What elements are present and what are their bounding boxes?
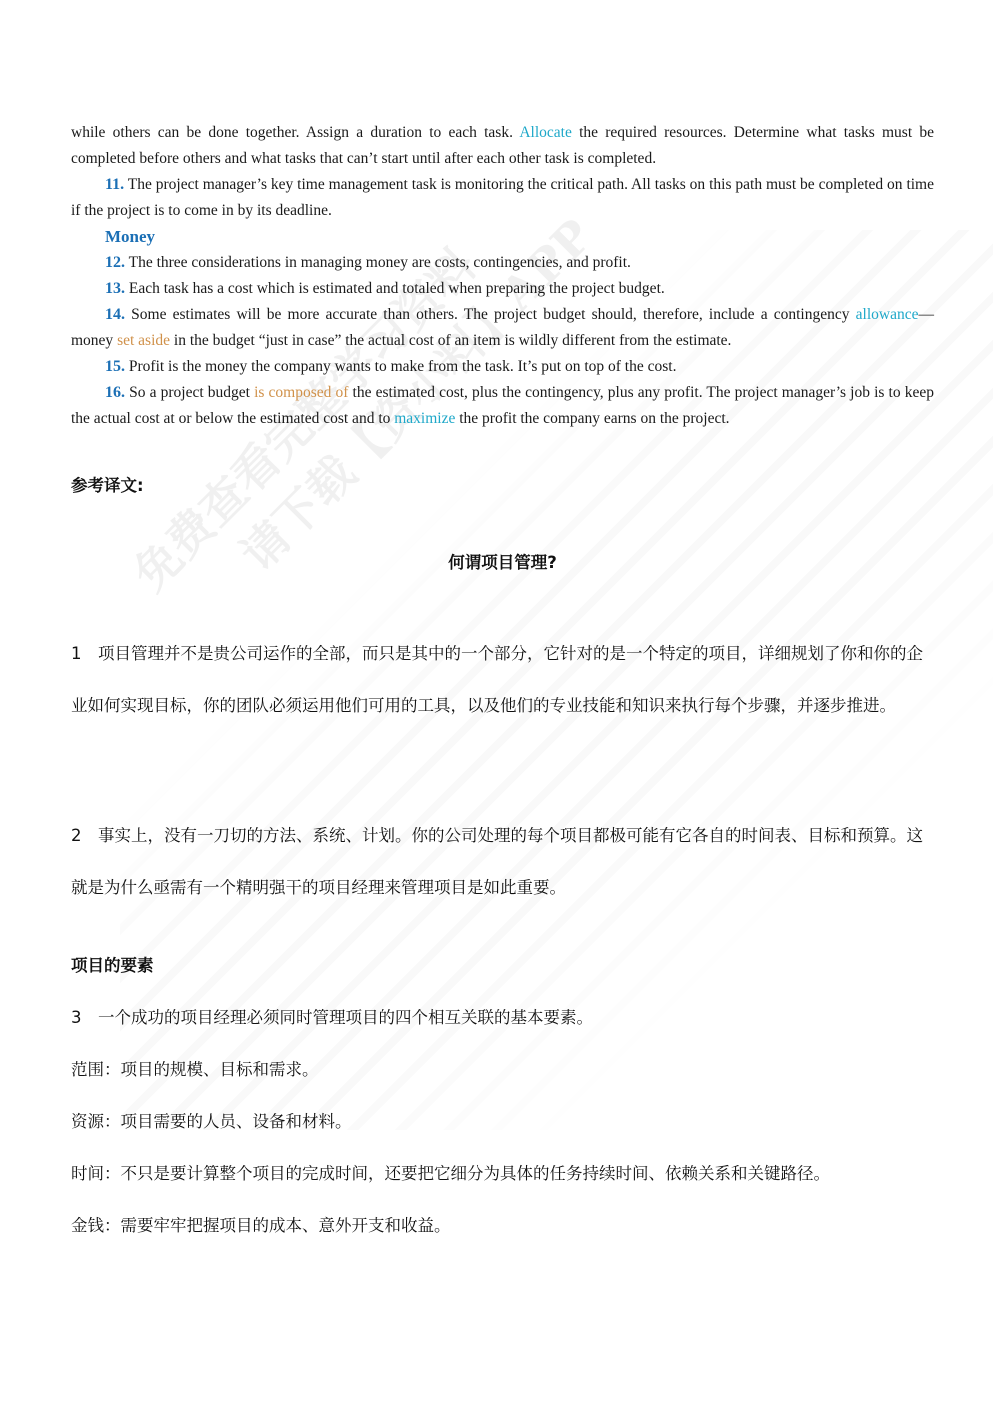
reference-translation-heading: 参考译文:	[71, 474, 934, 498]
paragraph-10-continued: while others can be done together. Assig…	[71, 120, 934, 172]
english-section: while others can be done together. Assig…	[71, 120, 934, 432]
translation-paragraph-3: 3 一个成功的项目经理必须同时管理项目的四个相互关联的基本要素。	[71, 1006, 934, 1030]
element-resources: 资源：项目需要的人员、设备和材料。	[71, 1110, 934, 1134]
paragraph-15: 15. Profit is the money the company want…	[71, 354, 934, 380]
keyword-maximize: maximize	[394, 410, 455, 427]
keyword-allowance: allowance	[856, 306, 919, 323]
translation-paragraph-1: 1 项目管理并不是贵公司运作的全部，而只是其中的一个部分，它针对的是一个特定的项…	[71, 628, 934, 732]
paragraph-number: 13.	[105, 280, 125, 297]
keyword-set-aside: set aside	[117, 332, 170, 349]
keyword-allocate: Allocate	[519, 124, 572, 141]
paragraph-number: 11.	[105, 176, 124, 193]
paragraph-number: 16.	[105, 384, 125, 401]
element-time: 时间：不只是要计算整个项目的完成时间，还要把它细分为具体的任务持续时间、依赖关系…	[71, 1162, 934, 1186]
paragraph-number: 15.	[105, 358, 125, 375]
paragraph-14: 14. Some estimates will be more accurate…	[71, 302, 934, 354]
paragraph-number: 14.	[105, 306, 125, 323]
translation-title: 何谓项目管理?	[71, 551, 934, 575]
section-heading-elements: 项目的要素	[71, 954, 934, 978]
paragraph-number: 12.	[105, 254, 125, 271]
subheading-money: Money	[105, 224, 934, 250]
paragraph-12: 12. The three considerations in managing…	[71, 250, 934, 276]
paragraph-13: 13. Each task has a cost which is estima…	[71, 276, 934, 302]
element-money: 金钱：需要牢牢把握项目的成本、意外开支和收益。	[71, 1214, 934, 1238]
keyword-is-composed-of: is composed of	[254, 384, 348, 401]
translation-paragraph-2: 2 事实上，没有一刀切的方法、系统、计划。你的公司处理的每个项目都极可能有它各自…	[71, 810, 934, 914]
element-scope: 范围：项目的规模、目标和需求。	[71, 1058, 934, 1082]
paragraph-11: 11. The project manager’s key time manag…	[71, 172, 934, 224]
paragraph-16: 16. So a project budget is composed of t…	[71, 380, 934, 432]
